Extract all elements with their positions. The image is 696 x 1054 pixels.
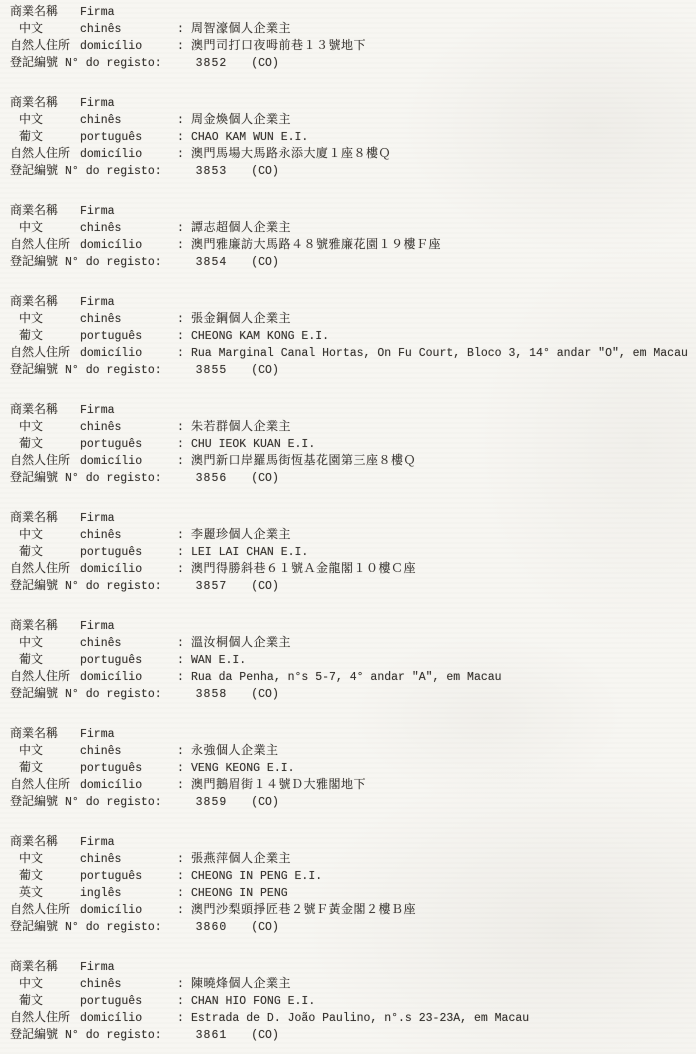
label-zh: 葡文 (0, 129, 80, 146)
registration-number-row: 登記編號N° do registo:3854(CO) (0, 254, 696, 271)
label-pt: chinês (80, 220, 177, 237)
chinese-name-row: 中文chinês:朱若群個人企業主 (0, 419, 696, 436)
label-pt: Firma (80, 510, 177, 527)
record-block: 商業名稱Firma中文chinês:永強個人企業主葡文português:VEN… (0, 726, 696, 811)
colon-separator: : (177, 220, 191, 237)
portuguese-name-row: 葡文português:CHAO KAM WUN E.I. (0, 129, 696, 146)
label-pt: domicílio (80, 237, 177, 254)
firma-row: 商業名稱Firma (0, 959, 696, 976)
registo-label-pt: N° do registo: (65, 919, 162, 936)
chinese-name-row-value: 陳曉烽個人企業主 (191, 976, 696, 993)
label-pt: domicílio (80, 345, 177, 362)
colon-separator: : (177, 760, 191, 777)
label-pt: Firma (80, 834, 177, 851)
portuguese-name-row-value: CHEONG IN PENG E.I. (191, 868, 696, 885)
label-pt: Firma (80, 726, 177, 743)
portuguese-name-row: 葡文português:CHEONG KAM KONG E.I. (0, 328, 696, 345)
english-name-row-value: CHEONG IN PENG (191, 885, 696, 902)
label-zh: 自然人住所 (0, 146, 80, 163)
portuguese-name-row-value: CHU IEOK KUAN E.I. (191, 436, 696, 453)
colon-separator: : (177, 851, 191, 868)
colon-separator: : (177, 902, 191, 919)
label-zh: 葡文 (0, 652, 80, 669)
portuguese-name-row: 葡文português:WAN E.I. (0, 652, 696, 669)
domicile-row: 自然人住所domicílio:澳門鵝眉街１４號Ｄ大雅閣地下 (0, 777, 696, 794)
domicile-row-value: 澳門馬場大馬路永添大廈１座８樓Ｑ (191, 146, 696, 163)
label-zh: 商業名稱 (0, 726, 80, 743)
chinese-name-row: 中文chinês:永強個人企業主 (0, 743, 696, 760)
chinese-name-row-value: 譚志超個人企業主 (191, 220, 696, 237)
domicile-row: 自然人住所domicílio:澳門司打口夜呣前巷１３號地下 (0, 38, 696, 55)
registo-label-pt: N° do registo: (65, 362, 162, 379)
registration-number-row: 登記編號N° do registo:3861(CO) (0, 1027, 696, 1044)
domicile-row-value: 澳門得勝斜巷６１號Ａ金龍閣１０樓Ｃ座 (191, 561, 696, 578)
label-pt: Firma (80, 203, 177, 220)
colon-separator: : (177, 993, 191, 1010)
registo-label-pt: N° do registo: (65, 254, 162, 271)
label-zh: 商業名稱 (0, 510, 80, 527)
registo-label-zh: 登記編號 (0, 470, 58, 487)
chinese-name-row: 中文chinês:張金鋼個人企業主 (0, 311, 696, 328)
label-pt: Firma (80, 959, 177, 976)
registo-label-pt: N° do registo: (65, 163, 162, 180)
label-pt: inglês (80, 885, 177, 902)
label-pt: Firma (80, 95, 177, 112)
chinese-name-row-value: 永強個人企業主 (191, 743, 696, 760)
colon-separator: : (177, 21, 191, 38)
colon-separator: : (177, 436, 191, 453)
record-block: 商業名稱Firma中文chinês:周智濠個人企業主自然人住所domicílio… (0, 4, 696, 72)
registo-number: 3852 (196, 55, 228, 72)
label-pt: domicílio (80, 38, 177, 55)
chinese-name-row: 中文chinês:周智濠個人企業主 (0, 21, 696, 38)
registo-label-zh: 登記編號 (0, 163, 58, 180)
label-pt: Firma (80, 4, 177, 21)
label-zh: 葡文 (0, 868, 80, 885)
registration-number-row: 登記編號N° do registo:3859(CO) (0, 794, 696, 811)
label-pt: português (80, 993, 177, 1010)
registo-label-zh: 登記編號 (0, 578, 58, 595)
registration-number-row: 登記編號N° do registo:3853(CO) (0, 163, 696, 180)
portuguese-name-row: 葡文português:VENG KEONG E.I. (0, 760, 696, 777)
domicile-row-value: 澳門司打口夜呣前巷１３號地下 (191, 38, 696, 55)
firma-row: 商業名稱Firma (0, 4, 696, 21)
label-pt: chinês (80, 851, 177, 868)
label-pt: chinês (80, 112, 177, 129)
label-zh: 中文 (0, 112, 80, 129)
registo-suffix: (CO) (251, 578, 279, 595)
domicile-row: 自然人住所domicílio:澳門馬場大馬路永添大廈１座８樓Ｑ (0, 146, 696, 163)
registo-label-zh: 登記編號 (0, 1027, 58, 1044)
firma-row: 商業名稱Firma (0, 726, 696, 743)
chinese-name-row-value: 周智濠個人企業主 (191, 21, 696, 38)
portuguese-name-row-value: VENG KEONG E.I. (191, 760, 696, 777)
firma-row: 商業名稱Firma (0, 95, 696, 112)
registration-number-row: 登記編號N° do registo:3858(CO) (0, 686, 696, 703)
colon-separator: : (177, 561, 191, 578)
colon-separator: : (177, 527, 191, 544)
registo-suffix: (CO) (251, 794, 279, 811)
label-pt: domicílio (80, 561, 177, 578)
colon-separator: : (177, 635, 191, 652)
domicile-row-value: Rua da Penha, n°s 5-7, 4° andar "A", em … (191, 669, 696, 686)
label-zh: 自然人住所 (0, 777, 80, 794)
label-zh: 商業名稱 (0, 203, 80, 220)
domicile-row-value: 澳門雅廉訪大馬路４８號雅廉花園１９樓Ｆ座 (191, 237, 696, 254)
registo-number: 3854 (196, 254, 228, 271)
registo-label-zh: 登記編號 (0, 362, 58, 379)
label-pt: Firma (80, 618, 177, 635)
domicile-row: 自然人住所domicílio:澳門雅廉訪大馬路４８號雅廉花園１９樓Ｆ座 (0, 237, 696, 254)
portuguese-name-row-value: WAN E.I. (191, 652, 696, 669)
english-name-row: 英文inglês:CHEONG IN PENG (0, 885, 696, 902)
colon-separator: : (177, 544, 191, 561)
label-zh: 英文 (0, 885, 80, 902)
registo-label-zh: 登記編號 (0, 254, 58, 271)
portuguese-name-row-value: CHAO KAM WUN E.I. (191, 129, 696, 146)
record-block: 商業名稱Firma中文chinês:張金鋼個人企業主葡文português:CH… (0, 294, 696, 379)
label-zh: 葡文 (0, 993, 80, 1010)
chinese-name-row-value: 周金煥個人企業主 (191, 112, 696, 129)
record-block: 商業名稱Firma中文chinês:張燕萍個人企業主葡文português:CH… (0, 834, 696, 936)
label-zh: 葡文 (0, 544, 80, 561)
chinese-name-row: 中文chinês:溫汝桐個人企業主 (0, 635, 696, 652)
domicile-row-value: 澳門沙梨頭掙匠巷２號Ｆ黃金閣２樓Ｂ座 (191, 902, 696, 919)
label-pt: português (80, 760, 177, 777)
colon-separator: : (177, 129, 191, 146)
colon-separator: : (177, 976, 191, 993)
colon-separator: : (177, 419, 191, 436)
record-block: 商業名稱Firma中文chinês:朱若群個人企業主葡文português:CH… (0, 402, 696, 487)
label-zh: 自然人住所 (0, 345, 80, 362)
registo-label-pt: N° do registo: (65, 55, 162, 72)
registo-suffix: (CO) (251, 686, 279, 703)
label-pt: chinês (80, 419, 177, 436)
registo-number: 3855 (196, 362, 228, 379)
label-zh: 葡文 (0, 436, 80, 453)
label-pt: domicílio (80, 777, 177, 794)
colon-separator: : (177, 345, 191, 362)
label-zh: 自然人住所 (0, 902, 80, 919)
colon-separator: : (177, 885, 191, 902)
label-pt: chinês (80, 743, 177, 760)
label-pt: português (80, 652, 177, 669)
chinese-name-row: 中文chinês:譚志超個人企業主 (0, 220, 696, 237)
registo-suffix: (CO) (251, 362, 279, 379)
colon-separator: : (177, 453, 191, 470)
chinese-name-row-value: 李麗珍個人企業主 (191, 527, 696, 544)
colon-separator: : (177, 743, 191, 760)
firma-row: 商業名稱Firma (0, 402, 696, 419)
registo-suffix: (CO) (251, 163, 279, 180)
label-pt: chinês (80, 311, 177, 328)
chinese-name-row-value: 朱若群個人企業主 (191, 419, 696, 436)
portuguese-name-row-value: LEI LAI CHAN E.I. (191, 544, 696, 561)
label-zh: 商業名稱 (0, 95, 80, 112)
registo-number: 3861 (196, 1027, 228, 1044)
registration-number-row: 登記編號N° do registo:3855(CO) (0, 362, 696, 379)
registo-label-zh: 登記編號 (0, 686, 58, 703)
domicile-row: 自然人住所domicílio:澳門沙梨頭掙匠巷２號Ｆ黃金閣２樓Ｂ座 (0, 902, 696, 919)
registo-label-pt: N° do registo: (65, 1027, 162, 1044)
colon-separator: : (177, 669, 191, 686)
label-zh: 自然人住所 (0, 453, 80, 470)
label-zh: 商業名稱 (0, 834, 80, 851)
label-zh: 商業名稱 (0, 618, 80, 635)
label-zh: 商業名稱 (0, 294, 80, 311)
label-zh: 商業名稱 (0, 959, 80, 976)
label-zh: 自然人住所 (0, 1010, 80, 1027)
label-pt: português (80, 868, 177, 885)
registo-number: 3857 (196, 578, 228, 595)
registo-suffix: (CO) (251, 919, 279, 936)
record-block: 商業名稱Firma中文chinês:陳曉烽個人企業主葡文português:CH… (0, 959, 696, 1044)
domicile-row-value: Estrada de D. João Paulino, n°.s 23-23A,… (191, 1010, 696, 1027)
registo-number: 3856 (196, 470, 228, 487)
label-pt: Firma (80, 294, 177, 311)
colon-separator: : (177, 237, 191, 254)
label-zh: 中文 (0, 527, 80, 544)
label-pt: chinês (80, 976, 177, 993)
chinese-name-row: 中文chinês:陳曉烽個人企業主 (0, 976, 696, 993)
colon-separator: : (177, 1010, 191, 1027)
colon-separator: : (177, 146, 191, 163)
registration-number-row: 登記編號N° do registo:3856(CO) (0, 470, 696, 487)
label-zh: 中文 (0, 311, 80, 328)
label-pt: Firma (80, 402, 177, 419)
registo-label-zh: 登記編號 (0, 919, 58, 936)
label-zh: 中文 (0, 21, 80, 38)
portuguese-name-row: 葡文português:CHAN HIO FONG E.I. (0, 993, 696, 1010)
registo-suffix: (CO) (251, 254, 279, 271)
label-zh: 中文 (0, 419, 80, 436)
portuguese-name-row: 葡文português:LEI LAI CHAN E.I. (0, 544, 696, 561)
label-pt: chinês (80, 527, 177, 544)
firma-row: 商業名稱Firma (0, 618, 696, 635)
label-zh: 葡文 (0, 760, 80, 777)
registration-number-row: 登記編號N° do registo:3857(CO) (0, 578, 696, 595)
label-zh: 中文 (0, 976, 80, 993)
colon-separator: : (177, 38, 191, 55)
label-zh: 葡文 (0, 328, 80, 345)
colon-separator: : (177, 868, 191, 885)
chinese-name-row: 中文chinês:李麗珍個人企業主 (0, 527, 696, 544)
domicile-row-value: 澳門新口岸羅馬街恆基花園第三座８樓Ｑ (191, 453, 696, 470)
label-pt: português (80, 129, 177, 146)
colon-separator: : (177, 652, 191, 669)
domicile-row: 自然人住所domicílio:Rua Marginal Canal Hortas… (0, 345, 696, 362)
record-block: 商業名稱Firma中文chinês:周金煥個人企業主葡文português:CH… (0, 95, 696, 180)
registo-suffix: (CO) (251, 1027, 279, 1044)
domicile-row: 自然人住所domicílio:澳門新口岸羅馬街恆基花園第三座８樓Ｑ (0, 453, 696, 470)
registo-number: 3853 (196, 163, 228, 180)
portuguese-name-row: 葡文português:CHU IEOK KUAN E.I. (0, 436, 696, 453)
domicile-row-value: Rua Marginal Canal Hortas, On Fu Court, … (191, 345, 696, 362)
domicile-row: 自然人住所domicílio:澳門得勝斜巷６１號Ａ金龍閣１０樓Ｃ座 (0, 561, 696, 578)
firma-row: 商業名稱Firma (0, 834, 696, 851)
colon-separator: : (177, 112, 191, 129)
registo-number: 3860 (196, 919, 228, 936)
registo-label-zh: 登記編號 (0, 55, 58, 72)
portuguese-name-row-value: CHEONG KAM KONG E.I. (191, 328, 696, 345)
label-zh: 中文 (0, 635, 80, 652)
domicile-row: 自然人住所domicílio:Rua da Penha, n°s 5-7, 4°… (0, 669, 696, 686)
label-zh: 中文 (0, 220, 80, 237)
colon-separator: : (177, 777, 191, 794)
registo-suffix: (CO) (251, 470, 279, 487)
label-zh: 自然人住所 (0, 237, 80, 254)
registo-suffix: (CO) (251, 55, 279, 72)
record-block: 商業名稱Firma中文chinês:譚志超個人企業主自然人住所domicílio… (0, 203, 696, 271)
document-page: 商業名稱Firma中文chinês:周智濠個人企業主自然人住所domicílio… (0, 0, 696, 1044)
chinese-name-row: 中文chinês:張燕萍個人企業主 (0, 851, 696, 868)
registo-label-pt: N° do registo: (65, 686, 162, 703)
registo-number: 3859 (196, 794, 228, 811)
domicile-row-value: 澳門鵝眉街１４號Ｄ大雅閣地下 (191, 777, 696, 794)
record-block: 商業名稱Firma中文chinês:溫汝桐個人企業主葡文português:WA… (0, 618, 696, 703)
firma-row: 商業名稱Firma (0, 203, 696, 220)
chinese-name-row-value: 張燕萍個人企業主 (191, 851, 696, 868)
registo-label-pt: N° do registo: (65, 578, 162, 595)
label-zh: 自然人住所 (0, 561, 80, 578)
label-pt: português (80, 328, 177, 345)
label-pt: domicílio (80, 146, 177, 163)
label-pt: domicílio (80, 669, 177, 686)
label-pt: domicílio (80, 1010, 177, 1027)
registration-number-row: 登記編號N° do registo:3860(CO) (0, 919, 696, 936)
registo-label-zh: 登記編號 (0, 794, 58, 811)
label-pt: português (80, 436, 177, 453)
registo-label-pt: N° do registo: (65, 470, 162, 487)
label-zh: 商業名稱 (0, 4, 80, 21)
portuguese-name-row: 葡文português:CHEONG IN PENG E.I. (0, 868, 696, 885)
chinese-name-row: 中文chinês:周金煥個人企業主 (0, 112, 696, 129)
label-pt: chinês (80, 635, 177, 652)
label-pt: domicílio (80, 453, 177, 470)
label-pt: chinês (80, 21, 177, 38)
record-block: 商業名稱Firma中文chinês:李麗珍個人企業主葡文português:LE… (0, 510, 696, 595)
label-pt: domicílio (80, 902, 177, 919)
label-zh: 中文 (0, 743, 80, 760)
chinese-name-row-value: 張金鋼個人企業主 (191, 311, 696, 328)
colon-separator: : (177, 328, 191, 345)
domicile-row: 自然人住所domicílio:Estrada de D. João Paulin… (0, 1010, 696, 1027)
colon-separator: : (177, 311, 191, 328)
registration-number-row: 登記編號N° do registo:3852(CO) (0, 55, 696, 72)
registo-number: 3858 (196, 686, 228, 703)
firma-row: 商業名稱Firma (0, 510, 696, 527)
label-pt: português (80, 544, 177, 561)
firma-row: 商業名稱Firma (0, 294, 696, 311)
portuguese-name-row-value: CHAN HIO FONG E.I. (191, 993, 696, 1010)
label-zh: 自然人住所 (0, 38, 80, 55)
registo-label-pt: N° do registo: (65, 794, 162, 811)
label-zh: 自然人住所 (0, 669, 80, 686)
chinese-name-row-value: 溫汝桐個人企業主 (191, 635, 696, 652)
label-zh: 商業名稱 (0, 402, 80, 419)
label-zh: 中文 (0, 851, 80, 868)
